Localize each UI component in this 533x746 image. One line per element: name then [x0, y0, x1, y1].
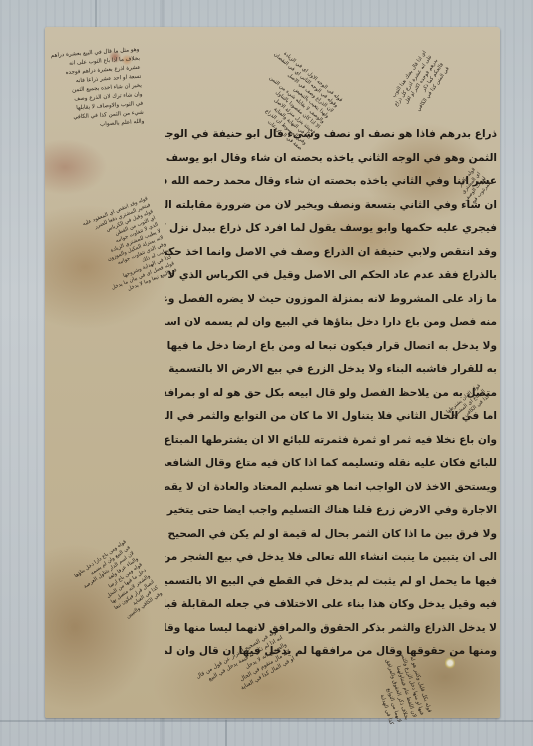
main-text-line: منه فصل ومن باع دارا دخل بناؤها في البيع…	[165, 311, 497, 335]
marginal-gloss-left-lower: قوله ومن باع دارا دخل بناؤها في البيع وا…	[26, 539, 164, 665]
stone-tile-seam	[95, 0, 97, 27]
main-text-line: عشر اثنا وفي الثاني ياخذه بحصته ان شاء و…	[165, 170, 497, 194]
main-text-line: ما زاد على المشروط لانه بمنزلة الموزون ح…	[165, 288, 497, 312]
main-text-line: وان باع نخلا فيه ثمر او ثمرة فثمرته للبا…	[165, 429, 497, 453]
main-text-line: به للقرار فاشبه البناء ولا يدخل الزرع في…	[165, 358, 497, 382]
main-text-line: ذراع بدرهم فاذا هو نصف او نصف وشيء قال ا…	[165, 123, 497, 147]
stone-tile-seam	[225, 720, 227, 746]
manuscript-folio: ذراع بدرهم فاذا هو نصف او نصف وشيء قال ا…	[45, 27, 500, 718]
main-text-line: لا يدخل الذراع والثمر بذكر الحقوق والمرا…	[165, 617, 497, 641]
main-text-line: الى ان يتبين ما ينبت انشاء الله تعالى فل…	[165, 546, 497, 570]
marginal-gloss-top-right: اي اذا قال بعتك هذا الثوب على انه عشرة ا…	[388, 50, 451, 119]
marginal-gloss-top-left: وهو مثل ما قال في البيع بعشرة دراهم بخلا…	[44, 46, 144, 133]
gilt-fleck	[445, 657, 455, 669]
main-text-line: للبائع فكان عليه نقله وتسليمه كما اذا كا…	[165, 452, 497, 476]
main-text-line: ويستحق الاخذ لان الواجب انما هو تسليم ال…	[165, 476, 497, 500]
main-text-line: الثمن وهو في الوجه الثاني ياخذه بحصته ان…	[165, 147, 497, 171]
main-text-line: ولا فرق بين ما اذا كان الثمر بحال له قيم…	[165, 523, 497, 547]
main-text-block: ذراع بدرهم فاذا هو نصف او نصف وشيء قال ا…	[165, 123, 497, 664]
stone-tile-seam	[0, 720, 533, 722]
main-text-line: الاجارة وفي الارض زرع قلنا هناك التسليم …	[165, 499, 497, 523]
main-text-line: متصل به من يلاحظ الفصل ولو قال ابيعه بكل…	[165, 382, 497, 406]
main-text-line: وقد انتقص ولابي حنيفة ان الذراع وصف في ا…	[165, 241, 497, 265]
main-text-line: ولا يدخل به اتصال قرار فيكون تبعا له ومن…	[165, 335, 497, 359]
marginal-gloss-left-middle: قوله وقد انتقص اي المعقود عليه فيتخير ال…	[26, 196, 178, 323]
main-text-line: فيه وقيل يدخل وكان هذا بناء على الاختلاف…	[165, 593, 497, 617]
main-text-line: فيجري عليه حكمها وابو يوسف يقول لما افرد…	[165, 217, 497, 241]
main-text-line: فيها ما يحمل او لم يثبت لم يدخل في القطع…	[165, 570, 497, 594]
main-text-line: بالذراع فقد عدم عاد الحكم الى الاصل وقيل…	[165, 264, 497, 288]
